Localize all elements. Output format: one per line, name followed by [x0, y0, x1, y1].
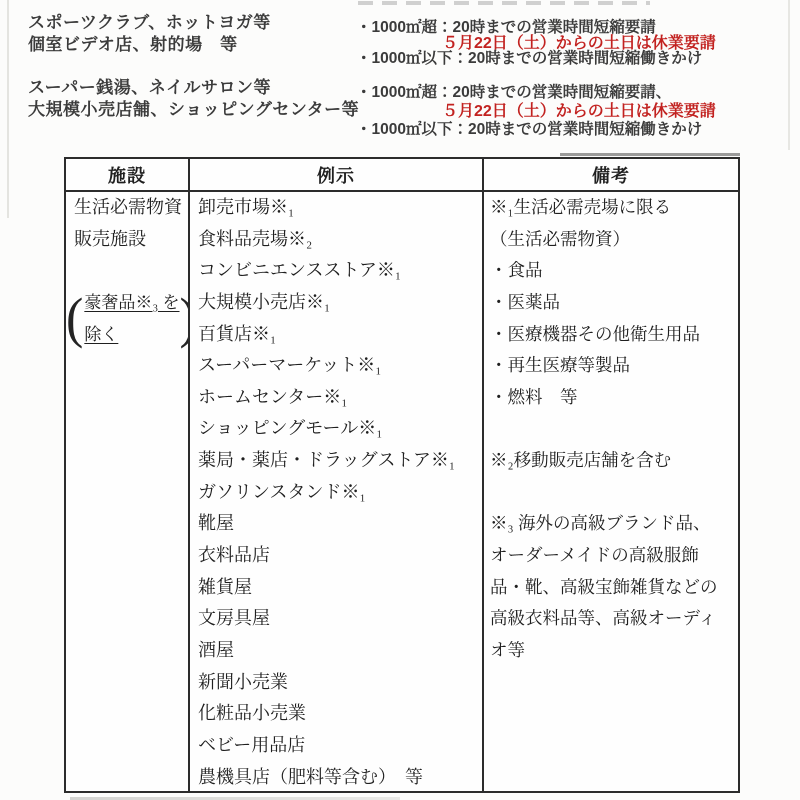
remark-line	[484, 413, 738, 445]
facility-category-item: スーパー銭湯、ネイルサロン等	[28, 77, 359, 99]
facility-category-list: スポーツクラブ、ホットヨガ等 個室ビデオ店、射的場 等 スーパー銭湯、ネイルサロ…	[28, 12, 359, 121]
table-body-row: 生活必需物資 販売施設 ( 豪奢品※₃ を 除く ) 卸売市場※₁ 食料品売場※…	[66, 192, 738, 791]
example-item: 薬局・薬店・ドラッグストア※₁	[190, 445, 482, 477]
remark-line: ・医療機器その他衛生用品	[484, 319, 738, 351]
exclusion-text: 豪奢品※₃ を 除く	[83, 287, 179, 350]
remark-line: ※₁生活必需売場に限る	[484, 192, 738, 224]
example-item: ベビー用品店	[190, 730, 482, 762]
facility-category-item: 個室ビデオ店、射的場 等	[28, 34, 359, 56]
restriction-line: ・1000㎡以下：20時までの営業時間短縮働きかけ	[356, 121, 716, 140]
remark-line: ・医薬品	[484, 287, 738, 319]
remark-line: ・燃料 等	[484, 382, 738, 414]
facility-category-item: 大規模小売店舗、ショッピングセンター等	[28, 99, 359, 121]
header-remarks: 備考	[484, 159, 738, 190]
example-item: ホームセンター※₁	[190, 382, 482, 414]
example-item: 衣料品店	[190, 540, 482, 572]
example-item: 新聞小売業	[190, 667, 482, 699]
table-header-row: 施設 例示 備考	[66, 159, 738, 192]
facility-line: 生活必需物資	[66, 192, 188, 224]
example-item: 百貨店※₁	[190, 319, 482, 351]
remark-line: ・食品	[484, 255, 738, 287]
example-item: 文房具屋	[190, 603, 482, 635]
remark-line: ・再生医療等製品	[484, 350, 738, 382]
example-item: ガソリンスタンド※₁	[190, 477, 482, 509]
facility-line: 販売施設	[66, 224, 188, 256]
remark-line: オ等	[484, 635, 738, 667]
close-paren: )	[180, 286, 190, 351]
facility-table: 施設 例示 備考 生活必需物資 販売施設 ( 豪奢品※₃ を 除く ) 卸売市場…	[64, 157, 740, 793]
header-examples: 例示	[190, 159, 484, 190]
cropped-text-remnant	[358, 1, 650, 5]
example-item: 靴屋	[190, 508, 482, 540]
example-item: 雑貨屋	[190, 572, 482, 604]
example-item: 大規模小売店※₁	[190, 287, 482, 319]
remark-line: （生活必需物資）	[484, 224, 738, 256]
restriction-line: ・1000㎡超：20時までの営業時間短縮要請、	[356, 84, 716, 103]
remark-line: ※₂移動販売店舗を含む	[484, 445, 738, 477]
example-item: 化粧品小売業	[190, 698, 482, 730]
examples-cell: 卸売市場※₁ 食料品売場※₂ コンビニエンスストア※₁ 大規模小売店※₁ 百貨店…	[190, 192, 484, 791]
example-item: 卸売市場※₁	[190, 192, 482, 224]
header-facility: 施設	[66, 159, 190, 190]
restriction-group-1: ・1000㎡超：20時までの営業時間短縮要請 ５月22日（土）からの土日は休業要…	[356, 20, 716, 67]
remark-line: 品・靴、高級宝飾雑貨などの	[484, 572, 738, 604]
example-item: 食料品売場※₂	[190, 224, 482, 256]
facility-category-item: スポーツクラブ、ホットヨガ等	[28, 12, 359, 34]
remarks-cell: ※₁生活必需売場に限る （生活必需物資） ・食品 ・医薬品 ・医療機器その他衛生…	[484, 192, 738, 791]
cropped-page-left-edge	[7, 0, 9, 218]
remark-line	[484, 477, 738, 509]
exclusion-line-2: 除く	[84, 319, 179, 351]
example-item: 農機具店（肥料等含む） 等	[190, 762, 482, 791]
remark-line: オーダーメイドの高級服飾	[484, 540, 738, 572]
scan-artifact	[560, 153, 740, 156]
cropped-page-right-edge	[788, 0, 790, 150]
facility-blank-line	[66, 255, 188, 287]
restriction-group-2: ・1000㎡超：20時までの営業時間短縮要請、 ５月22日（土）からの土日は休業…	[356, 84, 716, 140]
example-item: 酒屋	[190, 635, 482, 667]
exclusion-line-1: 豪奢品※₃ を	[84, 287, 179, 319]
restriction-line: ・1000㎡以下：20時までの営業時間短縮働きかけ	[356, 51, 716, 67]
example-item: スーパーマーケット※₁	[190, 350, 482, 382]
luxury-exclusion-note: ( 豪奢品※₃ を 除く )	[66, 287, 188, 350]
open-paren: (	[66, 286, 83, 351]
remark-line: 高級衣料品等、高級オーディ	[484, 603, 738, 635]
example-item: コンビニエンスストア※₁	[190, 255, 482, 287]
restriction-line: ・1000㎡超：20時までの営業時間短縮要請	[356, 20, 716, 36]
facility-cell: 生活必需物資 販売施設 ( 豪奢品※₃ を 除く )	[66, 192, 190, 791]
restriction-line: ５月22日（土）からの土日は休業要請	[442, 103, 716, 122]
example-item: ショッピングモール※₁	[190, 413, 482, 445]
remark-line: ※₃ 海外の高級ブランド品、	[484, 508, 738, 540]
